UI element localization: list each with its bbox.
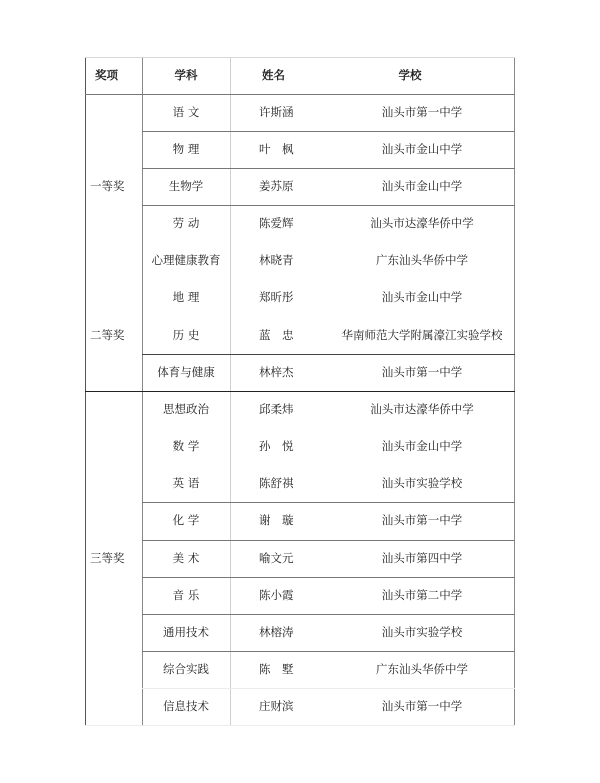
school-cell: 汕头市第一中学 [330, 94, 514, 131]
name-cell: 孙 悦 [259, 428, 339, 465]
table-bottom-border [85, 725, 515, 726]
subject-cell: 体育与健康 [142, 354, 230, 391]
school-cell: 汕头市金山中学 [330, 279, 514, 316]
subject-cell: 数 学 [142, 428, 230, 465]
header-subject: 学科 [142, 57, 230, 94]
school-cell: 广东汕头华侨中学 [330, 651, 514, 688]
subject-cell: 信息技术 [142, 688, 230, 725]
name-cell: 林晓青 [259, 242, 339, 279]
subject-cell: 思想政治 [142, 391, 230, 428]
award-third-prize: 三等奖 [85, 540, 142, 577]
name-cell: 庄财滨 [259, 688, 339, 725]
school-cell: 华南师范大学附属濠江实验学校 [326, 317, 518, 354]
name-cell: 谢 璇 [259, 502, 339, 539]
school-cell: 汕头市金山中学 [330, 131, 514, 168]
subject-cell: 心理健康教育 [142, 242, 230, 279]
school-cell: 汕头市实验学校 [330, 465, 514, 502]
school-cell: 汕头市达濠华侨中学 [330, 205, 514, 242]
school-cell: 汕头市第一中学 [330, 688, 514, 725]
subject-cell: 物 理 [142, 131, 230, 168]
name-cell: 陈小霞 [259, 577, 339, 614]
subject-cell: 劳 动 [142, 205, 230, 242]
subject-cell: 语 文 [142, 94, 230, 131]
name-cell: 姜苏原 [259, 168, 339, 205]
subject-cell: 地 理 [142, 279, 230, 316]
school-cell: 汕头市实验学校 [330, 614, 514, 651]
school-cell: 汕头市达濠华侨中学 [330, 391, 514, 428]
name-cell: 邱柔炜 [259, 391, 339, 428]
name-cell: 林梓杰 [259, 354, 339, 391]
name-cell: 叶 枫 [259, 131, 339, 168]
school-cell: 汕头市金山中学 [330, 428, 514, 465]
subject-cell: 英 语 [142, 465, 230, 502]
name-cell: 陈 墅 [259, 651, 339, 688]
award-first-prize: 一等奖 [85, 168, 142, 205]
name-cell: 陈舒祺 [259, 465, 339, 502]
name-cell: 许斯涵 [259, 94, 339, 131]
name-cell: 喻文元 [259, 540, 339, 577]
name-cell: 林榕涛 [259, 614, 339, 651]
header-school: 学校 [330, 57, 490, 94]
subject-cell: 通用技术 [142, 614, 230, 651]
subject-cell: 化 学 [142, 502, 230, 539]
subject-cell: 历 史 [142, 317, 230, 354]
subject-cell: 音 乐 [142, 577, 230, 614]
subject-cell: 综合实践 [142, 651, 230, 688]
subject-cell: 生物学 [142, 168, 230, 205]
school-cell: 汕头市金山中学 [330, 168, 514, 205]
subject-cell: 美 术 [142, 540, 230, 577]
school-cell: 汕头市第四中学 [330, 540, 514, 577]
school-cell: 汕头市第一中学 [330, 502, 514, 539]
school-cell: 汕头市第一中学 [330, 354, 514, 391]
award-second-prize: 二等奖 [85, 317, 142, 354]
name-cell: 郑昕彤 [259, 279, 339, 316]
header-award: 奖项 [85, 57, 142, 94]
name-cell: 陈爱辉 [259, 205, 339, 242]
school-cell: 广东汕头华侨中学 [330, 242, 514, 279]
school-cell: 汕头市第二中学 [330, 577, 514, 614]
award-table-page: 奖项 学科 姓名 学校 一等奖 二等奖 三等奖 语 文 许斯涵 汕头市第一中学 … [0, 0, 600, 783]
